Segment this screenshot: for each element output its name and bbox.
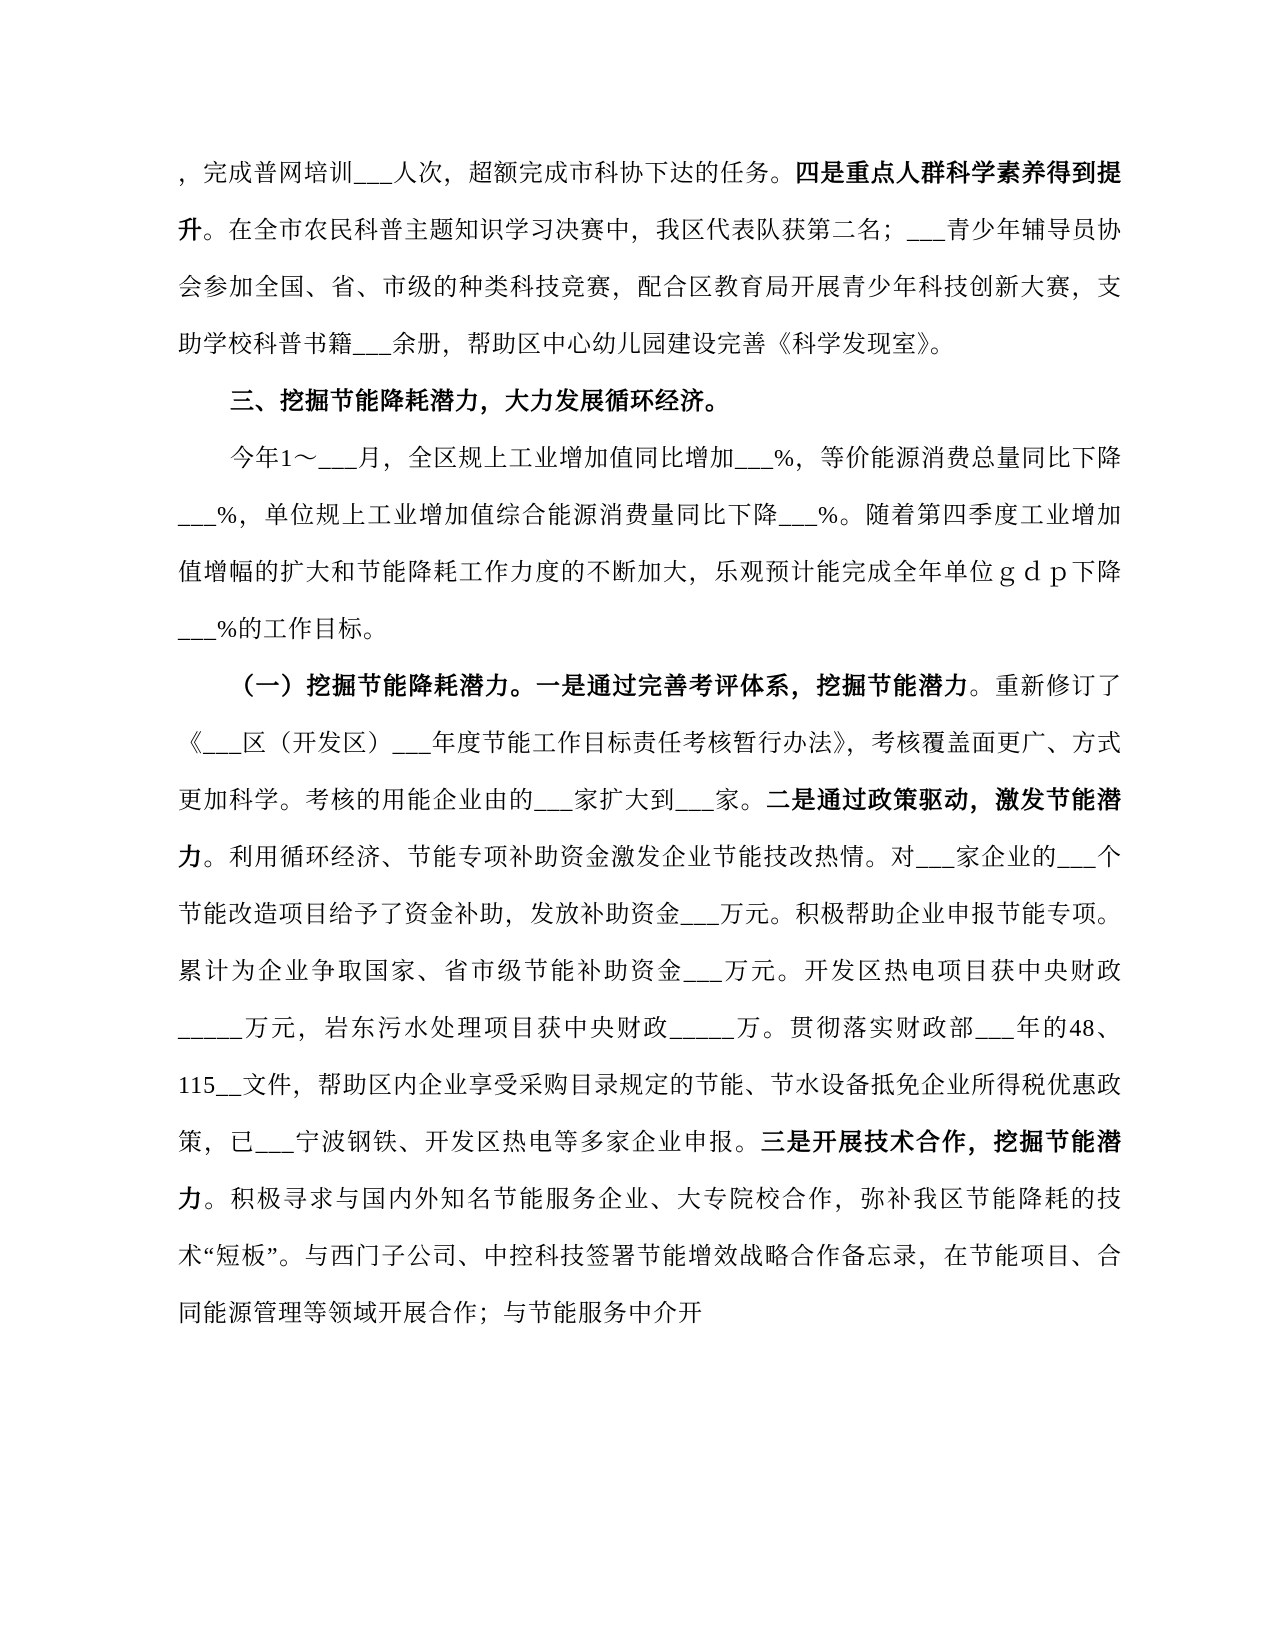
paragraph-subsection-one: （一）挖掘节能降耗潜力。一是通过完善考评体系，挖掘节能潜力。重新修订了《___区… — [178, 659, 1122, 1343]
section-heading-three: 三、挖掘节能降耗潜力，大力发展循环经济。 — [178, 374, 1122, 431]
text-run: 。利用循环经济、节能专项补助资金激发企业节能技改热情。对___家企业的___个节… — [178, 845, 1122, 1156]
document-body: ，完成普网培训___人次，超额完成市科协下达的任务。四是重点人群科学素养得到提升… — [178, 146, 1122, 1343]
paragraph-energy-overview: 今年1～___月，全区规上工业增加值同比增加___%，等价能源消费总量同比下降_… — [178, 431, 1122, 659]
bold-run-subsection-title: （一）挖掘节能降耗潜力。一是通过完善考评体系，挖掘节能潜力 — [230, 674, 970, 700]
text-run: 。在全市农民科普主题知识学习决赛中，我区代表队获第二名；___青少年辅导员协会参… — [178, 218, 1122, 358]
heading-run: 三、挖掘节能降耗潜力，大力发展循环经济。 — [230, 389, 730, 415]
document-page: ，完成普网培训___人次，超额完成市科协下达的任务。四是重点人群科学素养得到提升… — [0, 0, 1275, 1650]
paragraph-continuation: ，完成普网培训___人次，超额完成市科协下达的任务。四是重点人群科学素养得到提升… — [178, 146, 1122, 374]
text-run: 今年1～___月，全区规上工业增加值同比增加___%，等价能源消费总量同比下降_… — [178, 446, 1122, 643]
text-run: 。积极寻求与国内外知名节能服务企业、大专院校合作，弥补我区节能降耗的技术“短板”… — [178, 1187, 1122, 1327]
text-run: ，完成普网培训___人次，超额完成市科协下达的任务。 — [178, 161, 795, 187]
